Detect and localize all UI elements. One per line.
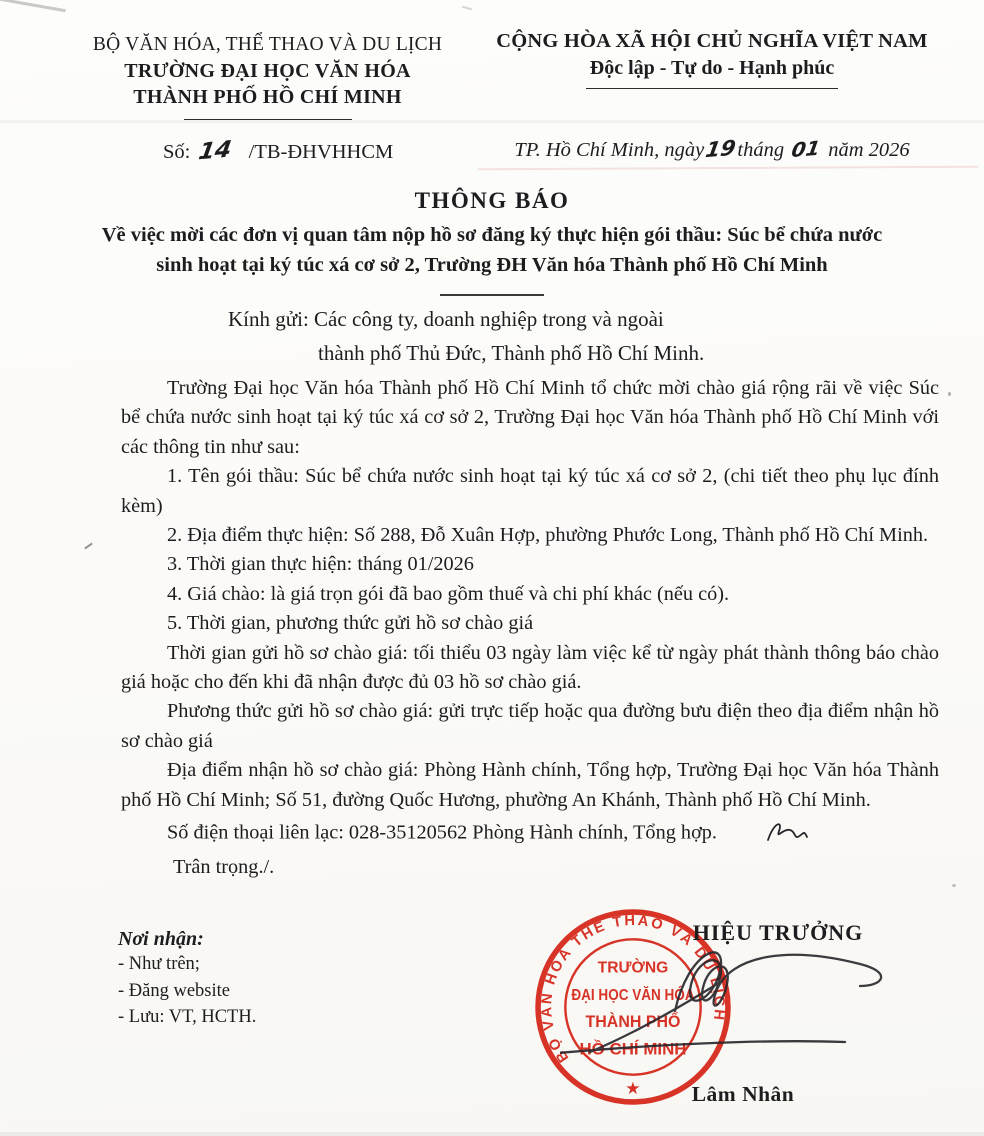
salutation-line2: thành phố Thủ Đức, Thành phố Hồ Chí Minh… — [318, 336, 984, 370]
document-number: Số: 14 /TB-ĐHVHHCM — [163, 138, 393, 164]
scan-artifact-corner — [0, 0, 66, 12]
place-date-line: TP. Hồ Chí Minh, ngày19tháng 01 năm 2026 — [492, 137, 932, 162]
motto: Độc lập - Tự do - Hạnh phúc — [492, 57, 932, 80]
scanned-document: BỘ VĂN HÓA, THỂ THAO VÀ DU LỊCH TRƯỜNG Đ… — [0, 0, 984, 1136]
paragraph-item-1: 1. Tên gói thầu: Súc bể chứa nước sinh h… — [121, 462, 939, 521]
paragraph-closing: Trân trọng./. — [121, 853, 939, 882]
doc-number-suffix: /TB-ĐHVHHCM — [249, 141, 394, 163]
paragraph-time: Thời gian gửi hồ sơ chào giá: tối thiểu … — [121, 639, 939, 698]
scan-artifact-band — [0, 120, 984, 123]
handwritten-signature — [560, 926, 984, 1086]
date-suffix: năm 2026 — [828, 139, 909, 161]
date-prefix: TP. Hồ Chí Minh, ngày — [514, 139, 704, 161]
signer-title: HIỆU TRƯỞNG — [648, 920, 908, 946]
republic-name: CỘNG HÒA XÃ HỘI CHỦ NGHĨA VIỆT NAM — [492, 30, 932, 53]
date-month-handwritten: 01 — [790, 136, 822, 162]
national-motto-block: CỘNG HÒA XÃ HỘI CHỦ NGHĨA VIỆT NAM Độc l… — [492, 30, 932, 89]
title-block: THÔNG BÁO Về việc mời các đơn vị quan tâ… — [96, 188, 888, 296]
recipient-item: - Đăng website — [118, 978, 256, 1005]
document-subject: Về việc mời các đơn vị quan tâm nộp hồ s… — [96, 220, 888, 280]
paragraph-item-3: 3. Thời gian thực hiện: tháng 01/2026 — [121, 550, 939, 579]
paragraph-intro: Trường Đại học Văn hóa Thành phố Hồ Chí … — [121, 374, 939, 462]
recipients-label: Nơi nhận: — [118, 928, 256, 951]
university-name-line1: TRƯỜNG ĐẠI HỌC VĂN HÓA — [55, 58, 480, 84]
handwritten-paraph-icon — [719, 819, 809, 856]
document-body: Trường Đại học Văn hóa Thành phố Hồ Chí … — [121, 374, 939, 882]
paragraph-item-5: 5. Thời gian, phương thức gửi hồ sơ chào… — [121, 609, 939, 638]
phone-text: Số điện thoại liên lạc: 028-35120562 Phò… — [167, 821, 717, 843]
paragraph-item-2: 2. Địa điểm thực hiện: Số 288, Đỗ Xuân H… — [121, 521, 939, 550]
paragraph-address: Địa điểm nhận hồ sơ chào giá: Phòng Hành… — [121, 756, 939, 815]
scan-artifact-bottom-edge — [0, 1132, 984, 1136]
scan-artifact-top — [462, 6, 472, 11]
scan-artifact-dot — [948, 392, 951, 396]
scan-artifact-streak — [478, 166, 978, 171]
title-separator — [440, 294, 544, 296]
salutation-line1: Kính gửi: Các công ty, doanh nghiệp tron… — [228, 302, 984, 336]
issuer-block: BỘ VĂN HÓA, THỂ THAO VÀ DU LỊCH TRƯỜNG Đ… — [55, 32, 480, 120]
signer-name: Lâm Nhân — [638, 1082, 848, 1107]
paragraph-method: Phương thức gửi hồ sơ chào giá: gửi trực… — [121, 697, 939, 756]
doc-number-prefix: Số: — [163, 141, 190, 163]
recipient-item: - Lưu: VT, HCTH. — [118, 1004, 256, 1031]
recipient-item: - Như trên; — [118, 951, 256, 978]
salutation: Kính gửi: Các công ty, doanh nghiệp tron… — [0, 302, 984, 370]
paragraph-item-4: 4. Giá chào: là giá trọn gói đã bao gồm … — [121, 580, 939, 609]
paragraph-phone: Số điện thoại liên lạc: 028-35120562 Phò… — [121, 815, 939, 852]
recipients-block: Nơi nhận: - Như trên; - Đăng website - L… — [118, 928, 256, 1031]
doc-number-handwritten: 14 — [197, 137, 234, 166]
scan-artifact-pen-tick — [84, 543, 93, 550]
date-day-handwritten: 19 — [704, 136, 738, 162]
date-mid: tháng — [737, 139, 784, 161]
issuer-underline — [184, 119, 352, 120]
university-name-line2: THÀNH PHỐ HỒ CHÍ MINH — [55, 84, 480, 110]
scan-artifact-dot — [952, 884, 956, 887]
parent-ministry-name: BỘ VĂN HÓA, THỂ THAO VÀ DU LỊCH — [55, 32, 480, 58]
motto-underline — [586, 88, 838, 89]
document-title: THÔNG BÁO — [96, 188, 888, 214]
